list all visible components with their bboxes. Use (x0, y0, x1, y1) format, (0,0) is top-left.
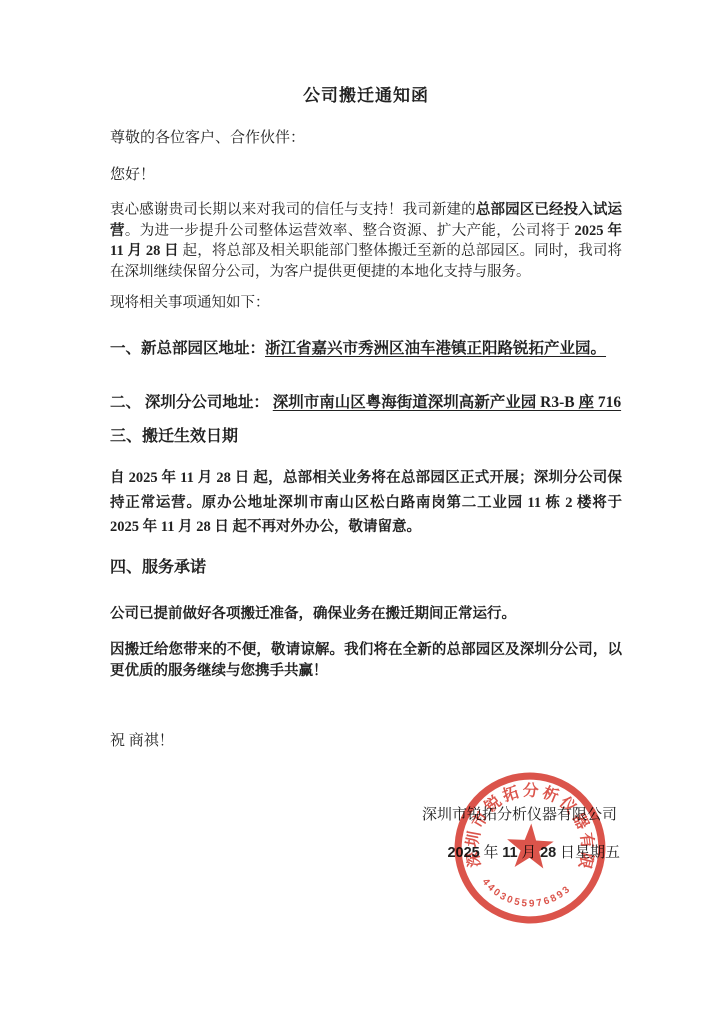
section-2-shenzhen-branch-address: 二、 深圳分公司地址： 深圳市南山区粤海街道深圳高新产业园 R3-B 座 716 (110, 381, 622, 425)
signature-date-day-label: 日星期五 (556, 845, 620, 861)
section-4-heading: 四、服务承诺 (110, 557, 622, 579)
intro-text-2: 。为进一步提升公司整体运营效率、整合资源、扩大产能，公司将于 (125, 223, 575, 239)
greeting-line: 您好！ (110, 165, 622, 185)
notice-document-page: 公司搬迁通知函 尊敬的各位客户、合作伙伴： 您好！ 衷心感谢贵司长期以来对我司的… (0, 0, 724, 1024)
intro-text-1: 衷心感谢贵司长期以来对我司的信任与支持！我司新建的 (110, 202, 476, 218)
section-2-label: 二、 深圳分公司地址： (110, 394, 273, 411)
intro-paragraph: 衷心感谢贵司长期以来对我司的信任与支持！我司新建的总部园区已经投入试运营。为进一… (110, 200, 622, 282)
section-4-body-1: 公司已提前做好各项搬迁准备，确保业务在搬迁期间正常运行。 (110, 604, 622, 625)
document-title: 公司搬迁通知函 (110, 86, 622, 106)
signature-date-year: 2025 (447, 845, 479, 861)
signature-date-month: 11 (502, 845, 517, 861)
signature-date-month-label: 月 (518, 845, 541, 861)
section-3-body: 自 2025 年 11 月 28 日 起，总部相关业务将在总部园区正式开展；深圳… (110, 466, 622, 540)
salutation-line: 尊敬的各位客户、合作伙伴： (110, 128, 622, 148)
section-1-address: 浙江省嘉兴市秀洲区油车港镇正阳路锐拓产业园。 (265, 340, 606, 357)
signature-company-name: 深圳市锐拓分析仪器有限公司 (110, 805, 622, 826)
notice-intro-line: 现将相关事项通知如下： (110, 293, 622, 313)
signature-date-day: 28 (540, 845, 556, 861)
section-3-heading: 三、搬迁生效日期 (110, 426, 622, 448)
svg-text:4403055976893: 4403055976893 (478, 876, 574, 912)
section-2-address: 深圳市南山区粤海街道深圳高新产业园 R3-B 座 716 (273, 394, 621, 411)
seal-registration-number: 4403055976893 (478, 876, 574, 912)
signature-block: 深圳市锐拓分析仪器有限公司 2025 年 11 月 28 日星期五 (110, 805, 622, 864)
section-1-new-hq-address: 一、新总部园区地址：浙江省嘉兴市秀洲区油车港镇正阳路锐拓产业园。 (110, 338, 622, 360)
signature-date-year-label: 年 (480, 845, 503, 861)
signature-date: 2025 年 11 月 28 日星期五 (110, 843, 622, 864)
intro-text-3: 起，将总部及相关职能部门整体搬迁至新的总部园区。同时，我司将在深圳继续保留分公司… (110, 243, 622, 280)
section-4-body-2: 因搬迁给您带来的不便，敬请谅解。我们将在全新的总部园区及深圳分公司，以更优质的服… (110, 640, 622, 682)
section-1-label: 一、新总部园区地址： (110, 340, 265, 357)
closing-wish-line: 祝 商祺！ (110, 731, 622, 751)
